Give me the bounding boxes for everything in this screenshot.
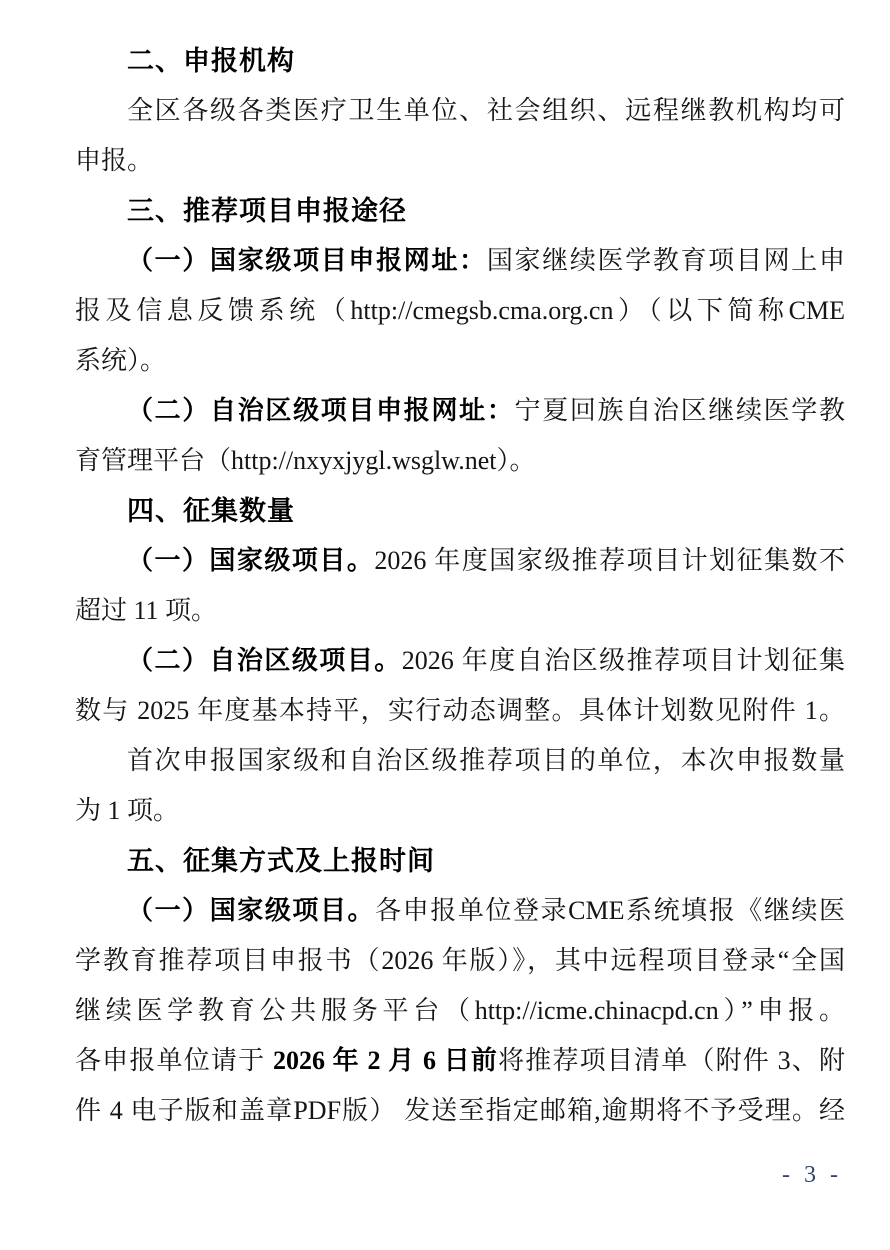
text-segment: 国家继续医学教育项目网上申	[487, 246, 845, 275]
bold-text-segment: （二）自治区级项目申报网址：	[127, 396, 515, 425]
page-number: - 3 -	[782, 1162, 842, 1189]
text-line: （二）自治区级项目。2026 年度自治区级推荐项目计划征集	[75, 636, 845, 686]
text-line: 为 1 项。	[75, 786, 845, 836]
text-line: 首次申报国家级和自治区级推荐项目的单位，本次申报数量	[75, 736, 845, 786]
text-line: 育管理平台（http://nxyxjygl.wsglw.net）。	[75, 436, 845, 486]
text-segment: 全区各级各类医疗卫生单位、社会组织、远程继教机构均可	[127, 96, 845, 125]
text-line: 报及信息反馈系统（http://cmegsb.cma.org.cn）（以下简称C…	[75, 286, 845, 336]
text-segment: 育管理平台（http://nxyxjygl.wsglw.net）。	[75, 446, 536, 475]
text-segment: 学教育推荐项目申报书（2026 年版）》，其中远程项目登录“全国	[75, 946, 845, 975]
text-line: 申报。	[75, 136, 845, 186]
bold-text-segment: 二、申报机构	[127, 46, 295, 76]
text-segment: 各申报单位登录CME系统填报《继续医	[375, 896, 845, 925]
text-line: 全区各级各类医疗卫生单位、社会组织、远程继教机构均可	[75, 86, 845, 136]
bold-text-segment: 四、征集数量	[127, 496, 295, 526]
section-heading: 五、征集方式及上报时间	[75, 836, 845, 886]
bold-text-segment: （一）国家级项目。	[127, 546, 374, 575]
text-line: （一）国家级项目。2026 年度国家级推荐项目计划征集数不	[75, 536, 845, 586]
text-line: 学教育推荐项目申报书（2026 年版）》，其中远程项目登录“全国	[75, 936, 845, 986]
text-segment: 报及信息反馈系统（http://cmegsb.cma.org.cn）（以下简称C…	[75, 296, 845, 325]
bold-text-segment: 三、推荐项目申报途径	[127, 196, 407, 226]
section-heading: 二、申报机构	[75, 36, 845, 86]
bold-text-segment: （二）自治区级项目。	[127, 646, 402, 675]
text-line: 超过 11 项。	[75, 586, 845, 636]
text-line: 件 4 电子版和盖章PDF版） 发送至指定邮箱,逾期将不予受理。经	[75, 1086, 845, 1136]
text-segment: 宁夏回族自治区继续医学教	[515, 396, 845, 425]
bold-text-segment: （一）国家级项目。	[127, 896, 375, 925]
document-page: 二、申报机构全区各级各类医疗卫生单位、社会组织、远程继教机构均可申报。三、推荐项…	[0, 0, 890, 1250]
text-segment: 超过 11 项。	[75, 596, 217, 625]
text-segment: 首次申报国家级和自治区级推荐项目的单位，本次申报数量	[127, 746, 845, 775]
text-line: 各申报单位请于 2026 年 2 月 6 日前将推荐项目清单（附件 3、附	[75, 1036, 845, 1086]
text-segment: 数与 2025 年度基本持平，实行动态调整。具体计划数见附件 1。	[75, 696, 845, 725]
text-segment: 各申报单位请于	[75, 1046, 273, 1075]
bold-text-segment: 2026 年 2 月 6 日前	[273, 1046, 498, 1075]
text-segment: 件 4 电子版和盖章PDF版） 发送至指定邮箱,逾期将不予受理。经	[75, 1096, 845, 1125]
text-line: （二）自治区级项目申报网址：宁夏回族自治区继续医学教	[75, 386, 845, 436]
text-segment: 系统）。	[75, 346, 166, 375]
bold-text-segment: （一）国家级项目申报网址：	[127, 246, 487, 275]
text-line: 继续医学教育公共服务平台（http://icme.chinacpd.cn）”申报…	[75, 986, 845, 1036]
text-line: （一）国家级项目。各申报单位登录CME系统填报《继续医	[75, 886, 845, 936]
text-segment: 2026 年度自治区级推荐项目计划征集	[402, 646, 845, 675]
text-line: 数与 2025 年度基本持平，实行动态调整。具体计划数见附件 1。	[75, 686, 845, 736]
text-segment: 为 1 项。	[75, 796, 179, 825]
text-segment: 将推荐项目清单（附件 3、附	[498, 1046, 845, 1075]
text-segment: 继续医学教育公共服务平台（http://icme.chinacpd.cn）”申报…	[75, 996, 845, 1025]
text-line: （一）国家级项目申报网址：国家继续医学教育项目网上申	[75, 236, 845, 286]
bold-text-segment: 五、征集方式及上报时间	[127, 846, 435, 876]
section-heading: 三、推荐项目申报途径	[75, 186, 845, 236]
text-segment: 2026 年度国家级推荐项目计划征集数不	[374, 546, 845, 575]
text-line: 系统）。	[75, 336, 845, 386]
text-segment: 申报。	[75, 146, 153, 175]
section-heading: 四、征集数量	[75, 486, 845, 536]
document-body: 二、申报机构全区各级各类医疗卫生单位、社会组织、远程继教机构均可申报。三、推荐项…	[0, 0, 890, 1136]
